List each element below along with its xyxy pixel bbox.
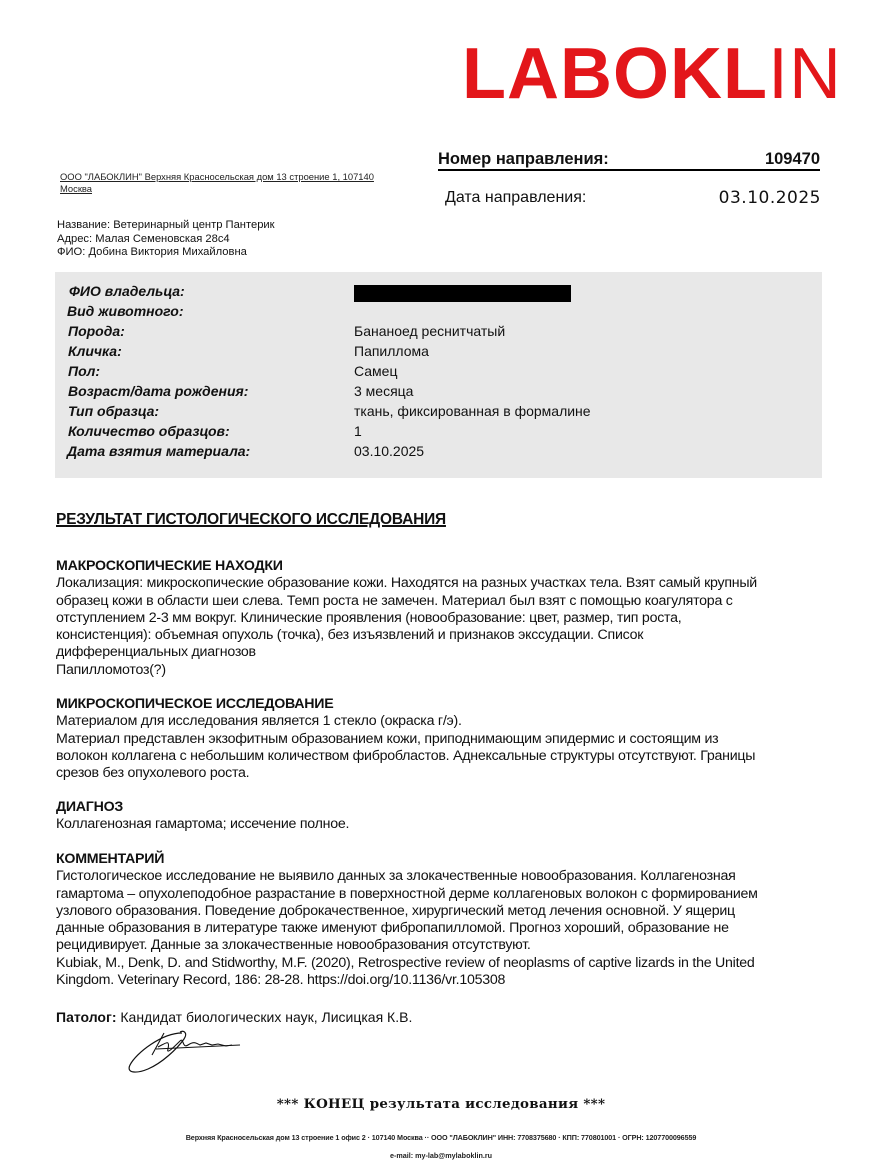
pet-name-label: Кличка: [68,341,122,361]
referral-number-label: Номер направления: [438,149,609,169]
breed-label: Порода: [68,321,125,341]
comment-line: данные образования в литературе также им… [56,920,828,937]
clinic-info: Название: Ветеринарный центр Пантерик Ад… [57,219,275,260]
referral-number-value: 109470 [765,149,820,169]
report-title: РЕЗУЛЬТАТ ГИСТОЛОГИЧЕСКОГО ИССЛЕДОВАНИЯ [56,511,446,529]
sample-type-label: Тип образца: [68,401,159,421]
sample-count-label: Количество образцов: [68,421,230,441]
microscopic-line: срезов без опухолевого роста. [56,765,828,782]
diagnosis-line: Коллагенозная гамартома; иссечение полно… [56,816,828,833]
macroscopic-line: отступлением 2-3 мм вокруг. Клинические … [56,610,828,627]
comment-title: КОММЕНТАРИЙ [56,851,828,868]
lab-address: ООО "ЛАБОКЛИН" Верхняя Красносельская до… [60,171,400,195]
microscopic-line: волокон коллагена с небольшим количество… [56,748,828,765]
clinic-contact: ФИО: Добина Виктория Михайловна [57,246,275,260]
comment-line: Гистологическое исследование не выявило … [56,868,828,885]
referral-number-row: Номер направления: 109470 [438,149,820,171]
owner-label: ФИО владельца: [69,281,185,301]
age-value: 3 месяца [354,381,413,401]
laboklin-logo: LABOKLIN [462,38,842,110]
collection-date-value: 03.10.2025 [354,441,424,461]
section-comment: КОММЕНТАРИЙ Гистологическое исследование… [56,851,828,989]
comment-line: гамартома – опухолеподобное разрастание … [56,886,828,903]
sex-label: Пол: [68,361,100,381]
macroscopic-line: дифференциальных диагнозов [56,644,828,661]
clinic-address: Адрес: Малая Семеновская 28с4 [57,233,275,247]
sex-value: Самец [354,361,397,381]
macroscopic-line: образец кожи в области шеи слева. Темп р… [56,593,828,610]
comment-line: Kingdom. Veterinary Record, 186: 28-28. … [56,972,828,989]
owner-value-redacted [354,281,571,302]
diagnosis-title: ДИАГНОЗ [56,799,828,816]
comment-line: рецидивирует. Данные за злокачественные … [56,937,828,954]
sample-type-value: ткань, фиксированная в формалине [354,401,591,421]
macroscopic-line: консистенция): объемная опухоль (точка),… [56,627,828,644]
species-label: Вид животного: [67,301,184,321]
report-end-marker: *** КОНЕЦ результата исследования *** [0,1096,882,1112]
microscopic-title: МИКРОСКОПИЧЕСКОЕ ИССЛЕДОВАНИЕ [56,696,828,713]
clinic-name: Название: Ветеринарный центр Пантерик [57,219,275,233]
referral-date-value: 03.10.2025 [719,187,821,209]
macroscopic-title: МАКРОСКОПИЧЕСКИЕ НАХОДКИ [56,558,828,575]
logo-light-part: IN [768,34,842,114]
macroscopic-line: Локализация: микроскопические образовани… [56,575,828,592]
footer-address: Верхняя Красносельская дом 13 строение 1… [0,1133,882,1142]
collection-date-label: Дата взятия материала: [67,441,250,461]
referral-date-row: Дата направления: 03.10.2025 [445,187,821,209]
section-macroscopic: МАКРОСКОПИЧЕСКИЕ НАХОДКИ Локализация: ми… [56,558,828,679]
pathologist-line: Патолог: Кандидат биологических наук, Ли… [56,1009,412,1025]
microscopic-line: Материалом для исследования является 1 с… [56,713,828,730]
pathologist-value: Кандидат биологических наук, Лисицкая К.… [116,1009,412,1025]
microscopic-line: Материал представлен экзофитным образова… [56,731,828,748]
signature-image [122,1025,252,1075]
footer-email[interactable]: e-mail: my-lab@mylaboklin.ru [0,1151,882,1160]
age-label: Возраст/дата рождения: [68,381,248,401]
comment-line: узлового образования. Поведение доброкач… [56,903,828,920]
logo-bold-part: LABOKL [462,34,768,114]
referral-date-label: Дата направления: [445,187,586,209]
redaction-bar [354,285,571,302]
comment-line: Kubiak, M., Denk, D. and Stidworthy, M.F… [56,955,828,972]
pathologist-label: Патолог: [56,1009,116,1025]
pet-name-value: Папиллома [354,341,429,361]
macroscopic-line: Папилломотоз(?) [56,662,828,679]
breed-value: Бананоед реснитчатый [354,321,505,341]
section-microscopic: МИКРОСКОПИЧЕСКОЕ ИССЛЕДОВАНИЕ Материалом… [56,696,828,782]
section-diagnosis: ДИАГНОЗ Коллагенозная гамартома; иссечен… [56,799,828,834]
patient-info-panel: ФИО владельца: Вид животного: Порода: Ба… [55,272,822,478]
sample-count-value: 1 [354,421,362,441]
